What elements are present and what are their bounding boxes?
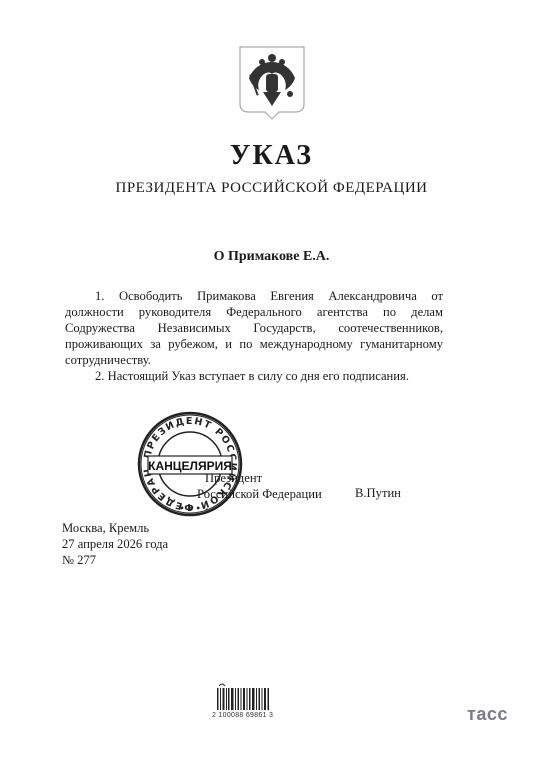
coat-of-arms-icon [237, 44, 307, 122]
barcode [215, 682, 271, 712]
document-body: 1. Освободить Примакова Евгения Александ… [65, 288, 443, 384]
paragraph-1: 1. Освободить Примакова Евгения Александ… [65, 288, 443, 368]
date: 27 апреля 2026 года [62, 536, 168, 552]
svg-text:• 5 •: • 5 • [179, 504, 200, 513]
signature-position: Президент Российской Федерации [197, 470, 322, 502]
document-title: УКАЗ [0, 140, 543, 172]
document-number: № 277 [62, 552, 168, 568]
barcode-number: 2 100088 69861 3 [212, 712, 273, 719]
signature-position-line1: Президент [197, 470, 322, 486]
tass-watermark-logo: тасс [467, 704, 508, 725]
document-heading: О Примакове Е.А. [0, 249, 543, 265]
document-subtitle: ПРЕЗИДЕНТА РОССИЙСКОЙ ФЕДЕРАЦИИ [0, 180, 543, 197]
signature-position-line2: Российской Федерации [197, 486, 322, 502]
paragraph-2: 2. Настоящий Указ вступает в силу со дня… [65, 368, 443, 384]
signature-name: В.Путин [355, 486, 401, 501]
document-footer: Москва, Кремль 27 апреля 2026 года № 277 [62, 520, 168, 568]
place: Москва, Кремль [62, 520, 168, 536]
